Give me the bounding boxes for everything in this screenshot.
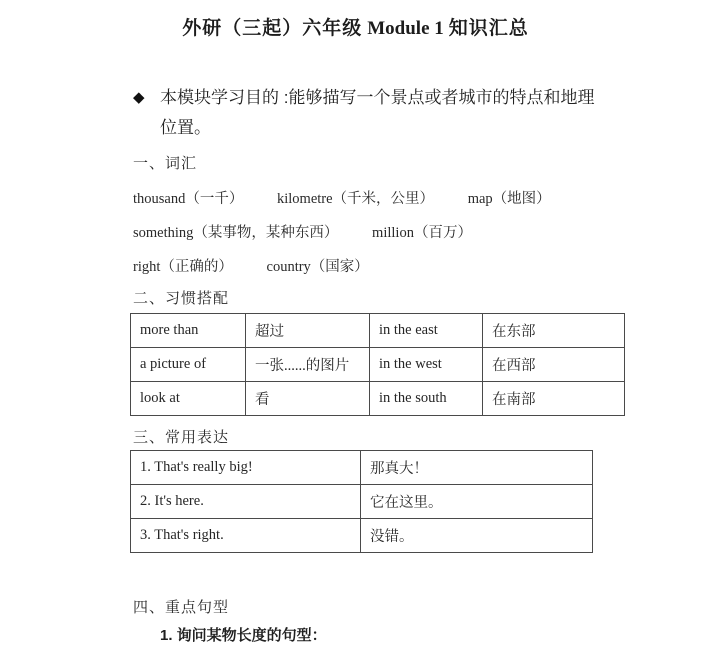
table-cell: 超过	[246, 314, 370, 348]
key-sentence-item-1: 1. 询问某物长度的句型：	[160, 624, 327, 645]
vocab-entry: something（某事物，某种东西）	[133, 225, 338, 241]
table-cell: 2. It's here.	[131, 485, 361, 519]
table-cell: in the east	[370, 314, 483, 348]
title-module: Module 1	[367, 18, 444, 39]
table-cell: 那真大！	[361, 451, 593, 485]
table-cell: 看	[246, 382, 370, 416]
table-cell: a picture of	[131, 348, 246, 382]
table-row: 3. That's right. 没错。	[131, 519, 593, 553]
table-cell: 没错。	[361, 519, 593, 553]
table-cell: more than	[131, 314, 246, 348]
vocab-entry: kilometre（千米，公里）	[277, 191, 434, 207]
page-title: 外研（三起）六年级Module 1知识汇总	[0, 13, 711, 40]
table-cell: 一张......的图片	[246, 348, 370, 382]
table-row: a picture of 一张......的图片 in the west 在西部	[131, 348, 625, 382]
vocab-entry: right（正确的）	[133, 259, 233, 275]
vocab-line-3: right（正确的） country（国家）	[133, 255, 369, 276]
title-prefix: 外研（三起）六年级	[182, 18, 362, 39]
document-page: 外研（三起）六年级Module 1知识汇总 ◆ 本模块学习目的 :能够描写一个景…	[0, 0, 711, 654]
vocab-line-1: thousand（一千） kilometre（千米，公里） map（地图）	[133, 187, 551, 208]
title-suffix: 知识汇总	[449, 18, 529, 39]
table-cell: 1. That's really big!	[131, 451, 361, 485]
vocab-entry: country（国家）	[267, 259, 369, 275]
section-heading-collocations: 二、习惯搭配	[133, 287, 229, 308]
objective-text: 本模块学习目的 :能够描写一个景点或者城市的特点和地理位置。	[160, 88, 594, 137]
section-heading-expressions: 三、常用表达	[133, 426, 229, 447]
table-cell: look at	[131, 382, 246, 416]
expressions-table: 1. That's really big! 那真大！ 2. It's here.…	[130, 450, 593, 553]
table-cell: 在西部	[483, 348, 625, 382]
section-heading-key-sentences: 四、重点句型	[133, 596, 229, 617]
table-cell: in the west	[370, 348, 483, 382]
vocab-entry: thousand（一千）	[133, 191, 243, 207]
section-heading-vocab: 一、词汇	[133, 152, 197, 173]
diamond-bullet-icon: ◆	[133, 83, 145, 113]
vocab-entry: million（百万）	[372, 225, 472, 241]
table-row: more than 超过 in the east 在东部	[131, 314, 625, 348]
table-cell: 它在这里。	[361, 485, 593, 519]
table-row: 1. That's really big! 那真大！	[131, 451, 593, 485]
table-row: 2. It's here. 它在这里。	[131, 485, 593, 519]
collocations-table: more than 超过 in the east 在东部 a picture o…	[130, 313, 625, 416]
table-cell: 3. That's right.	[131, 519, 361, 553]
vocab-line-2: something（某事物，某种东西） million（百万）	[133, 221, 472, 242]
table-cell: 在南部	[483, 382, 625, 416]
table-row: look at 看 in the south 在南部	[131, 382, 625, 416]
table-cell: in the south	[370, 382, 483, 416]
vocab-entry: map（地图）	[468, 191, 551, 207]
table-cell: 在东部	[483, 314, 625, 348]
module-objective: ◆ 本模块学习目的 :能够描写一个景点或者城市的特点和地理位置。	[133, 83, 595, 143]
